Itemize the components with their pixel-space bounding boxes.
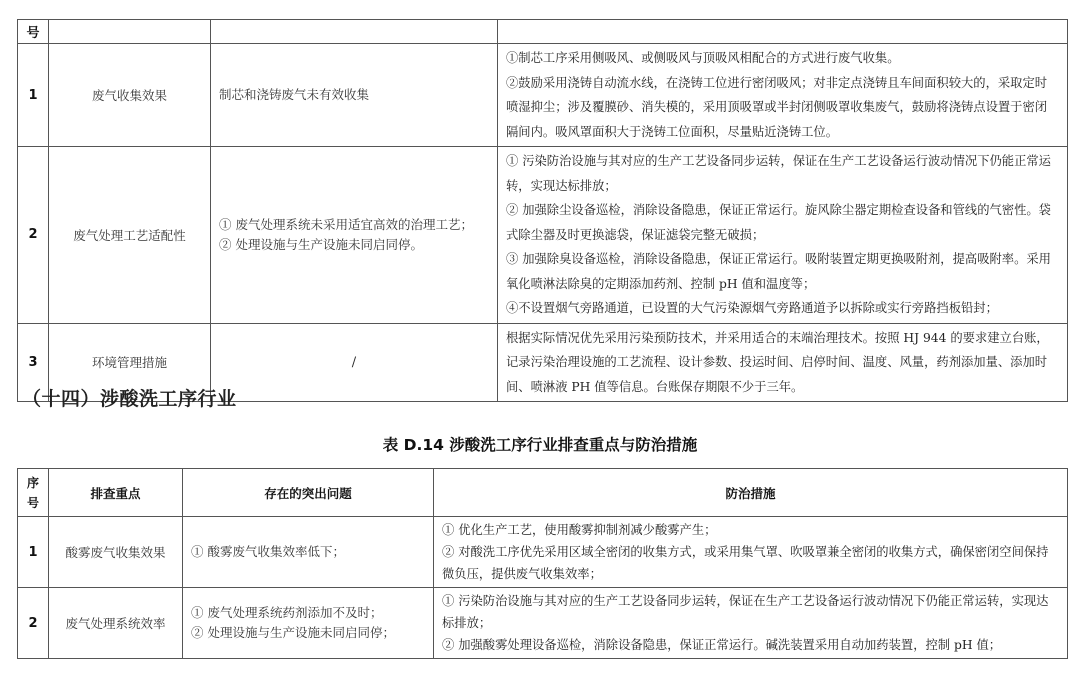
table-header-row: 序号 排查重点 存在的突出问题 防治措施 [18,469,1068,517]
header-issue-empty [211,20,498,44]
measure-item: ③ 加强除臭设备巡检，消除设备隐患，保证正常运行。吸附装置定期更换吸附剂，提高吸… [506,247,1059,296]
row-focus: 废气处理工艺适配性 [49,147,211,324]
header-measure-empty [498,20,1068,44]
measure-item: ④不设置烟气旁路通道，已设置的大气污染源烟气旁路通道予以拆除或实行旁路挡板铅封； [506,296,1059,321]
row-measures: 根据实际情况优先采用污染预防技术，并采用适合的末端治理技术。按照 HJ 944 … [498,323,1068,402]
measure-item: ②鼓励采用浇铸自动流水线，在浇铸工位进行密闭吸风；对非定点浇铸且车间面积较大的，… [506,71,1059,145]
issue-item: ① 废气处理系统药剂添加不及时； [191,603,433,623]
table-row: 1 废气收集效果 制芯和浇铸废气未有效收集 ①制芯工序采用侧吸风、或侧吸风与顶吸… [18,44,1068,147]
table-caption: 表 D.14 涉酸洗工序行业排查重点与防治措施 [0,433,1080,455]
header-measure: 防治措施 [434,469,1068,517]
header-focus: 排查重点 [49,469,183,517]
row-index: 2 [18,147,49,324]
measure-item: ① 污染防治设施与其对应的生产工艺设备同步运转，保证在生产工艺设备运行波动情况下… [506,149,1059,198]
row-index: 1 [18,517,49,588]
issue-item: / [352,355,356,370]
table-header-row: 号 [18,20,1068,44]
issue-item: ① 酸雾废气收集效率低下； [191,542,433,562]
measure-item: ① 污染防治设施与其对应的生产工艺设备同步运转，保证在生产工艺设备运行波动情况下… [442,590,1059,634]
table-row: 2 废气处理系统效率 ① 废气处理系统药剂添加不及时； ② 处理设施与生产设施未… [18,588,1068,659]
header-issue: 存在的突出问题 [183,469,434,517]
row-issue: / [211,323,498,402]
measure-item: ② 加强除尘设备巡检，消除设备隐患，保证正常运行。旋风除尘器定期检查设备和管线的… [506,198,1059,247]
section-heading: （十四）涉酸洗工序行业 [22,384,237,411]
measure-item: ② 加强酸雾处理设备巡检，消除设备隐患，保证正常运行。碱洗装置采用自动加药装置，… [442,634,1059,656]
table-row: 1 酸雾废气收集效果 ① 酸雾废气收集效率低下； ① 优化生产工艺，使用酸雾抑制… [18,517,1068,588]
row-measures: ①制芯工序采用侧吸风、或侧吸风与顶吸风相配合的方式进行废气收集。 ②鼓励采用浇铸… [498,44,1068,147]
table-row: 2 废气处理工艺适配性 ① 废气处理系统未采用适宜高效的治理工艺； ② 处理设施… [18,147,1068,324]
measure-item: ① 优化生产工艺，使用酸雾抑制剂减少酸雾产生； [442,519,1059,541]
issue-item: ① 废气处理系统未采用适宜高效的治理工艺； [219,215,497,235]
header-focus-empty [49,20,211,44]
row-issue: ① 酸雾废气收集效率低下； [183,517,434,588]
issue-item: ② 处理设施与生产设施未同启同停。 [219,235,497,255]
row-index: 1 [18,44,49,147]
row-measures: ① 优化生产工艺，使用酸雾抑制剂减少酸雾产生； ② 对酸洗工序优先采用区域全密闭… [434,517,1068,588]
measure-item: ② 对酸洗工序优先采用区域全密闭的收集方式，或采用集气罩、吹吸罩兼全密闭的收集方… [442,541,1059,585]
header-index-fragment: 号 [18,20,49,44]
row-issue: 制芯和浇铸废气未有效收集 [211,44,498,147]
row-focus: 废气处理系统效率 [49,588,183,659]
table-d14: 序号 排查重点 存在的突出问题 防治措施 1 酸雾废气收集效果 ① 酸雾废气收集… [17,468,1068,659]
measure-item: 根据实际情况优先采用污染预防技术，并采用适合的末端治理技术。按照 HJ 944 … [506,326,1059,400]
row-focus: 废气收集效果 [49,44,211,147]
row-issue: ① 废气处理系统未采用适宜高效的治理工艺； ② 处理设施与生产设施未同启同停。 [211,147,498,324]
issue-item: 制芯和浇铸废气未有效收集 [219,85,497,105]
issue-item: ② 处理设施与生产设施未同启同停； [191,623,433,643]
measure-item: ①制芯工序采用侧吸风、或侧吸风与顶吸风相配合的方式进行废气收集。 [506,46,1059,71]
row-issue: ① 废气处理系统药剂添加不及时； ② 处理设施与生产设施未同启同停； [183,588,434,659]
row-measures: ① 污染防治设施与其对应的生产工艺设备同步运转，保证在生产工艺设备运行波动情况下… [498,147,1068,324]
table-d13-continued: 号 1 废气收集效果 制芯和浇铸废气未有效收集 ①制芯工序采用侧吸风、或侧吸风与… [17,19,1068,402]
header-index: 序号 [18,469,49,517]
row-index: 2 [18,588,49,659]
row-measures: ① 污染防治设施与其对应的生产工艺设备同步运转，保证在生产工艺设备运行波动情况下… [434,588,1068,659]
row-focus: 酸雾废气收集效果 [49,517,183,588]
